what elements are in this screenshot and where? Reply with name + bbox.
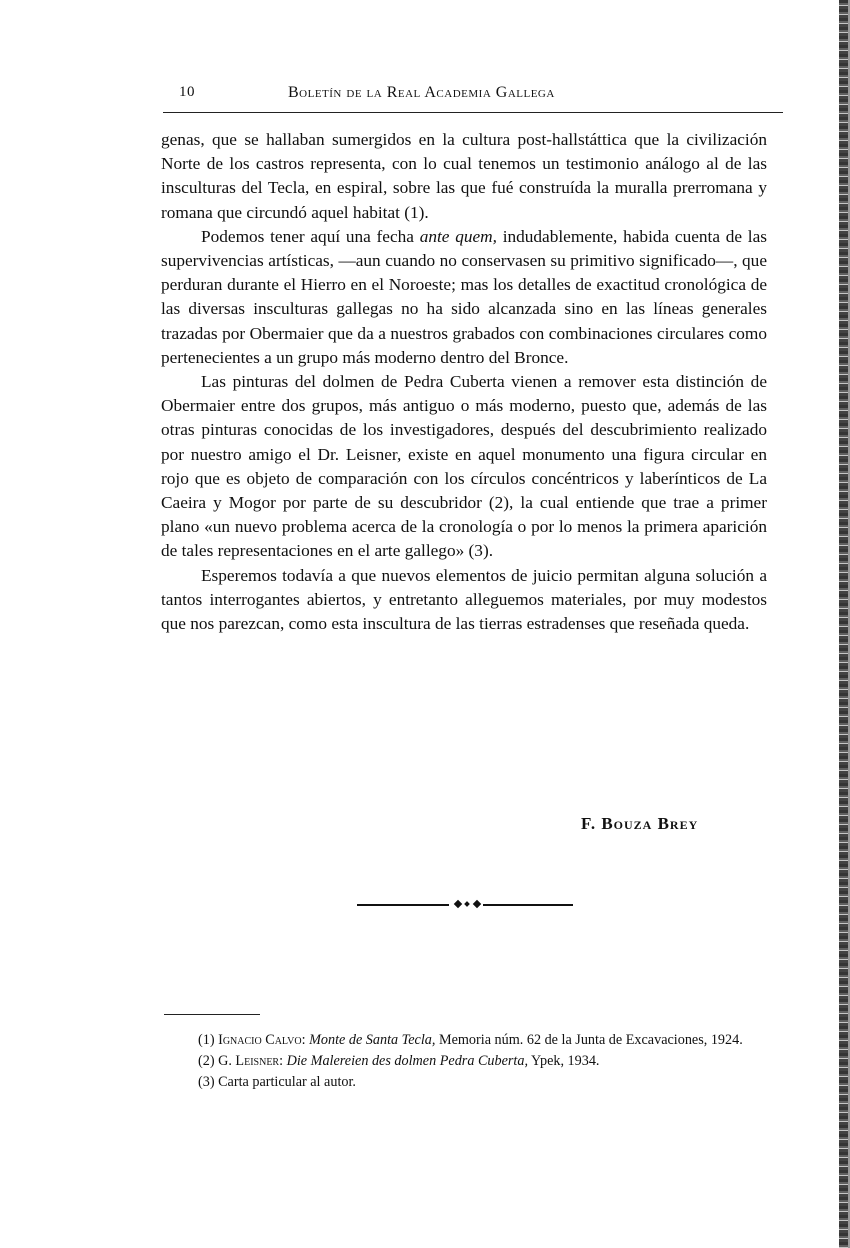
paragraph-text: Podemos tener aquí una fecha [201,227,420,246]
ornament-dot [473,900,481,908]
paragraph-text: Las pinturas del dolmen de Pedra Cuberta… [161,372,767,560]
footnote-marker: (1) [198,1032,215,1048]
ornament-dot [454,900,462,908]
page-edge-scan-artifact [839,0,848,1248]
ornament-line-left [357,904,449,906]
page-number: 10 [179,84,195,101]
paragraph-3: Las pinturas del dolmen de Pedra Cuberta… [161,370,767,564]
italic-phrase: ante quem, [420,227,497,246]
paragraph-2: Podemos tener aquí una fecha ante quem, … [161,225,767,370]
paragraph-text: Esperemos todavía a que nuevos elementos… [161,566,767,633]
page-header: 10 Boletín de la Real Academia Gallega [163,82,783,104]
ornament-dot [464,901,470,907]
paragraph-text: genas, que se hallaban sumergidos en la … [161,130,767,222]
footnote-title: Monte de Santa Tecla, [309,1032,435,1048]
footnote-rest: Memoria núm. 62 de la Junta de Excavacio… [435,1032,742,1048]
footnote-rest: Carta particular al autor. [218,1074,356,1090]
running-title: Boletín de la Real Academia Gallega [288,84,555,102]
footnote-author: Ignacio Calvo [218,1032,301,1048]
paragraph-4: Esperemos todavía a que nuevos elementos… [161,564,767,637]
footnote-1: (1) Ignacio Calvo: Monte de Santa Tecla,… [164,1030,772,1051]
footnotes: (1) Ignacio Calvo: Monte de Santa Tecla,… [164,1030,772,1093]
footnote-3: (3) Carta particular al autor. [164,1072,772,1093]
footnote-title: Die Malereien des dolmen Pedra Cuberta, [287,1053,528,1069]
footnote-marker: (3) [198,1074,215,1090]
ornament-line-right [483,904,573,906]
footnote-2: (2) G. Leisner: Die Malereien des dolmen… [164,1051,772,1072]
footnote-rest: Ypek, 1934. [528,1053,599,1069]
header-rule [163,112,783,113]
footnote-rule [164,1014,260,1015]
author-signature: F. Bouza Brey [581,814,698,834]
paragraph-1: genas, que se hallaban sumergidos en la … [161,128,767,225]
footnote-marker: (2) [198,1053,215,1069]
paragraph-text: indudablemente, habida cuenta de las sup… [161,227,767,367]
section-end-ornament [357,900,573,910]
body-text: genas, que se hallaban sumergidos en la … [161,128,767,636]
footnote-author: G. Leisner [218,1053,279,1069]
